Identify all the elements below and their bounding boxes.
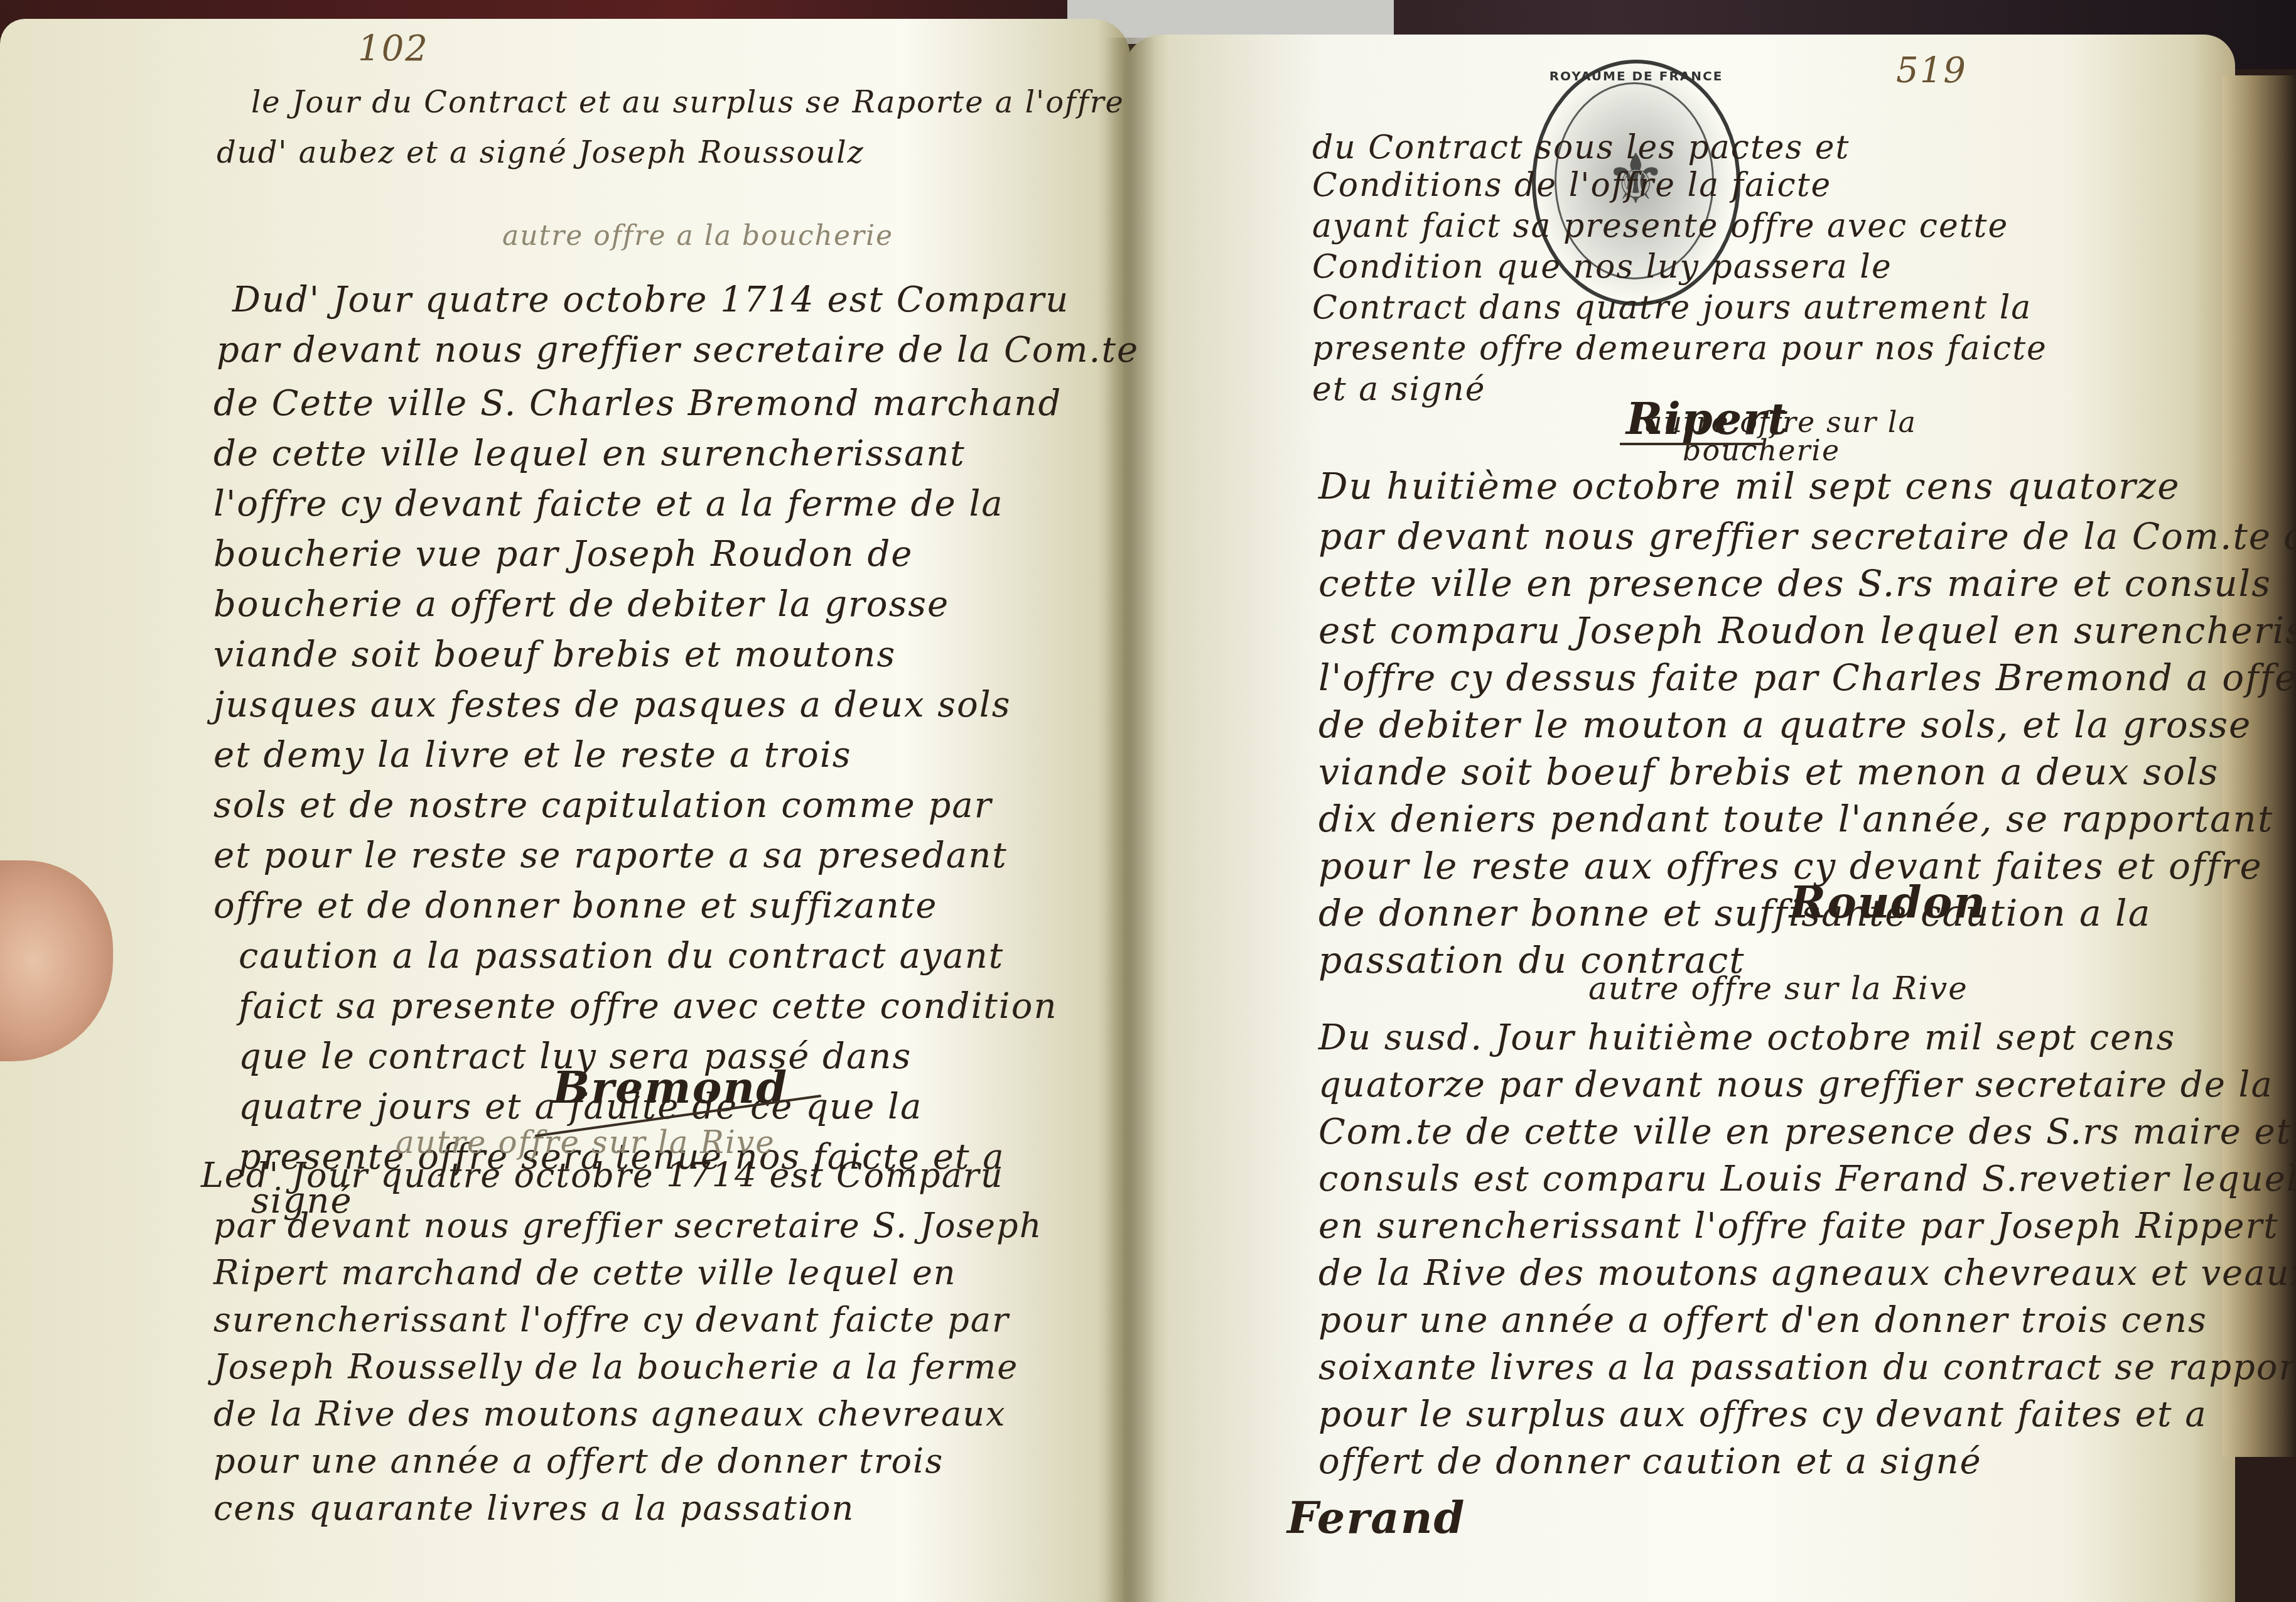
manuscript-line: viande soit boeuf brebis et moutons bbox=[213, 634, 896, 675]
manuscript-line: de donner bonne et suffisante caution a … bbox=[1318, 892, 2151, 934]
manuscript-line: Du huitième octobre mil sept cens quator… bbox=[1318, 465, 2180, 507]
manuscript-line: Ripert marchand de cette ville lequel en bbox=[213, 1253, 957, 1292]
manuscript-line: surencherissant l'offre cy devant faicte… bbox=[213, 1300, 1010, 1340]
manuscript-line: pour le surplus aux offres cy devant fai… bbox=[1318, 1394, 2207, 1435]
manuscript-line: est comparu Joseph Roudon lequel en sure… bbox=[1318, 609, 2296, 652]
manuscript-line: de la Rive des moutons agneaux chevreaux… bbox=[1318, 1253, 2296, 1294]
manuscript-line: et a signé bbox=[1312, 371, 1486, 408]
right-folio-number: 519 bbox=[1896, 50, 1967, 91]
manuscript-line: et demy la livre et le reste a trois bbox=[213, 735, 851, 776]
stamp-label: ROYAUME DE FRANCE bbox=[1536, 68, 1737, 84]
manuscript-line: Dud' Jour quatre octobre 1714 est Compar… bbox=[232, 279, 1069, 320]
manuscript-line: presente offre demeurera pour nos faicte bbox=[1312, 330, 2047, 367]
manuscript-line: pour une année a offert de donner trois bbox=[213, 1441, 944, 1481]
manuscript-line: de cette ville lequel en surencherissant bbox=[213, 433, 966, 474]
manuscript-line: Condition que nos luy passera le bbox=[1312, 248, 1892, 286]
manuscript-line: boucherie vue par Joseph Roudon de bbox=[213, 534, 913, 575]
manuscript-line: cens quarante livres a la passation bbox=[213, 1488, 854, 1528]
manuscript-line: par devant nous greffier secretaire S. J… bbox=[213, 1206, 1042, 1245]
manuscript-line: le Jour du Contract et au surplus se Rap… bbox=[251, 85, 1124, 120]
manuscript-line: offert de donner caution et a signé bbox=[1318, 1441, 1982, 1482]
manuscript-line: du Contract sous les pactes et bbox=[1312, 129, 1850, 166]
manuscript-line: cette ville en presence des S.rs maire e… bbox=[1318, 562, 2272, 605]
manuscript-line: sols et de nostre capitulation comme par bbox=[213, 785, 992, 826]
manuscript-line: dix deniers pendant toute l'année, se ra… bbox=[1318, 798, 2273, 840]
manuscript-line: en surencherissant l'offre faite par Jos… bbox=[1318, 1206, 2279, 1247]
book-gutter bbox=[1105, 38, 1155, 1602]
manuscript-line: de debiter le mouton a quatre sols, et l… bbox=[1318, 703, 2251, 746]
manuscript-line: faict sa presente offre avec cette condi… bbox=[239, 986, 1058, 1027]
manuscript-line: autre offre a la boucherie bbox=[502, 220, 893, 252]
book-edge bbox=[2223, 75, 2296, 1457]
signature: Ferand bbox=[1287, 1491, 1465, 1544]
signature-underline bbox=[1620, 443, 1764, 445]
manuscript-line: consuls est comparu Louis Ferand S.revet… bbox=[1318, 1159, 2296, 1199]
manuscript-line: Du susd. Jour huitième octobre mil sept … bbox=[1318, 1017, 2175, 1058]
manuscript-line: soixante livres a la passation du contra… bbox=[1318, 1347, 2296, 1388]
manuscript-line: Led' Jour quatre octobre 1714 est Compar… bbox=[201, 1155, 1003, 1195]
manuscript-line: Joseph Rousselly de la boucherie a la fe… bbox=[213, 1347, 1018, 1387]
signature: Ripert bbox=[1626, 392, 1789, 445]
manuscript-line: boucherie a offert de debiter la grosse bbox=[213, 584, 949, 625]
manuscript-line: l'offre cy devant faicte et a la ferme d… bbox=[213, 484, 1004, 524]
manuscript-line: Conditions de l'offre la faicte bbox=[1312, 166, 1831, 204]
manuscript-line: et pour le reste se raporte a sa preseda… bbox=[213, 835, 1008, 876]
signature: Roudon bbox=[1789, 876, 1986, 928]
manuscript-line: dud' aubez et a signé Joseph Roussoulz bbox=[217, 135, 865, 170]
manuscript-line: viande soit boeuf brebis et menon a deux… bbox=[1318, 750, 2219, 793]
left-folio-number: 102 bbox=[358, 28, 429, 69]
manuscript-line: Com.te de cette ville en presence des S.… bbox=[1318, 1112, 2292, 1152]
manuscript-line: quatorze par devant nous greffier secret… bbox=[1318, 1064, 2273, 1105]
manuscript-line: par devant nous greffier secretaire de l… bbox=[217, 330, 1139, 371]
manuscript-line: autre offre sur la Rive bbox=[1588, 970, 1968, 1007]
manuscript-line: de la Rive des moutons agneaux chevreaux bbox=[213, 1394, 1006, 1434]
manuscript-line: Contract dans quatre jours autrement la bbox=[1312, 289, 2032, 327]
manuscript-line: ayant faict sa presente offre avec cette bbox=[1312, 207, 2008, 245]
manuscript-line: par devant nous greffier secretaire de l… bbox=[1318, 515, 2296, 558]
manuscript-line: de Cette ville S. Charles Bremond marcha… bbox=[213, 383, 1062, 424]
manuscript-line: caution a la passation du contract ayant bbox=[239, 936, 1004, 977]
manuscript-line: offre et de donner bonne et suffizante bbox=[213, 885, 937, 926]
manuscript-line: jusques aux festes de pasques a deux sol… bbox=[213, 685, 1011, 725]
manuscript-line: l'offre cy dessus faite par Charles Brem… bbox=[1318, 656, 2296, 699]
manuscript-line: pour une année a offert d'en donner troi… bbox=[1318, 1300, 2207, 1341]
